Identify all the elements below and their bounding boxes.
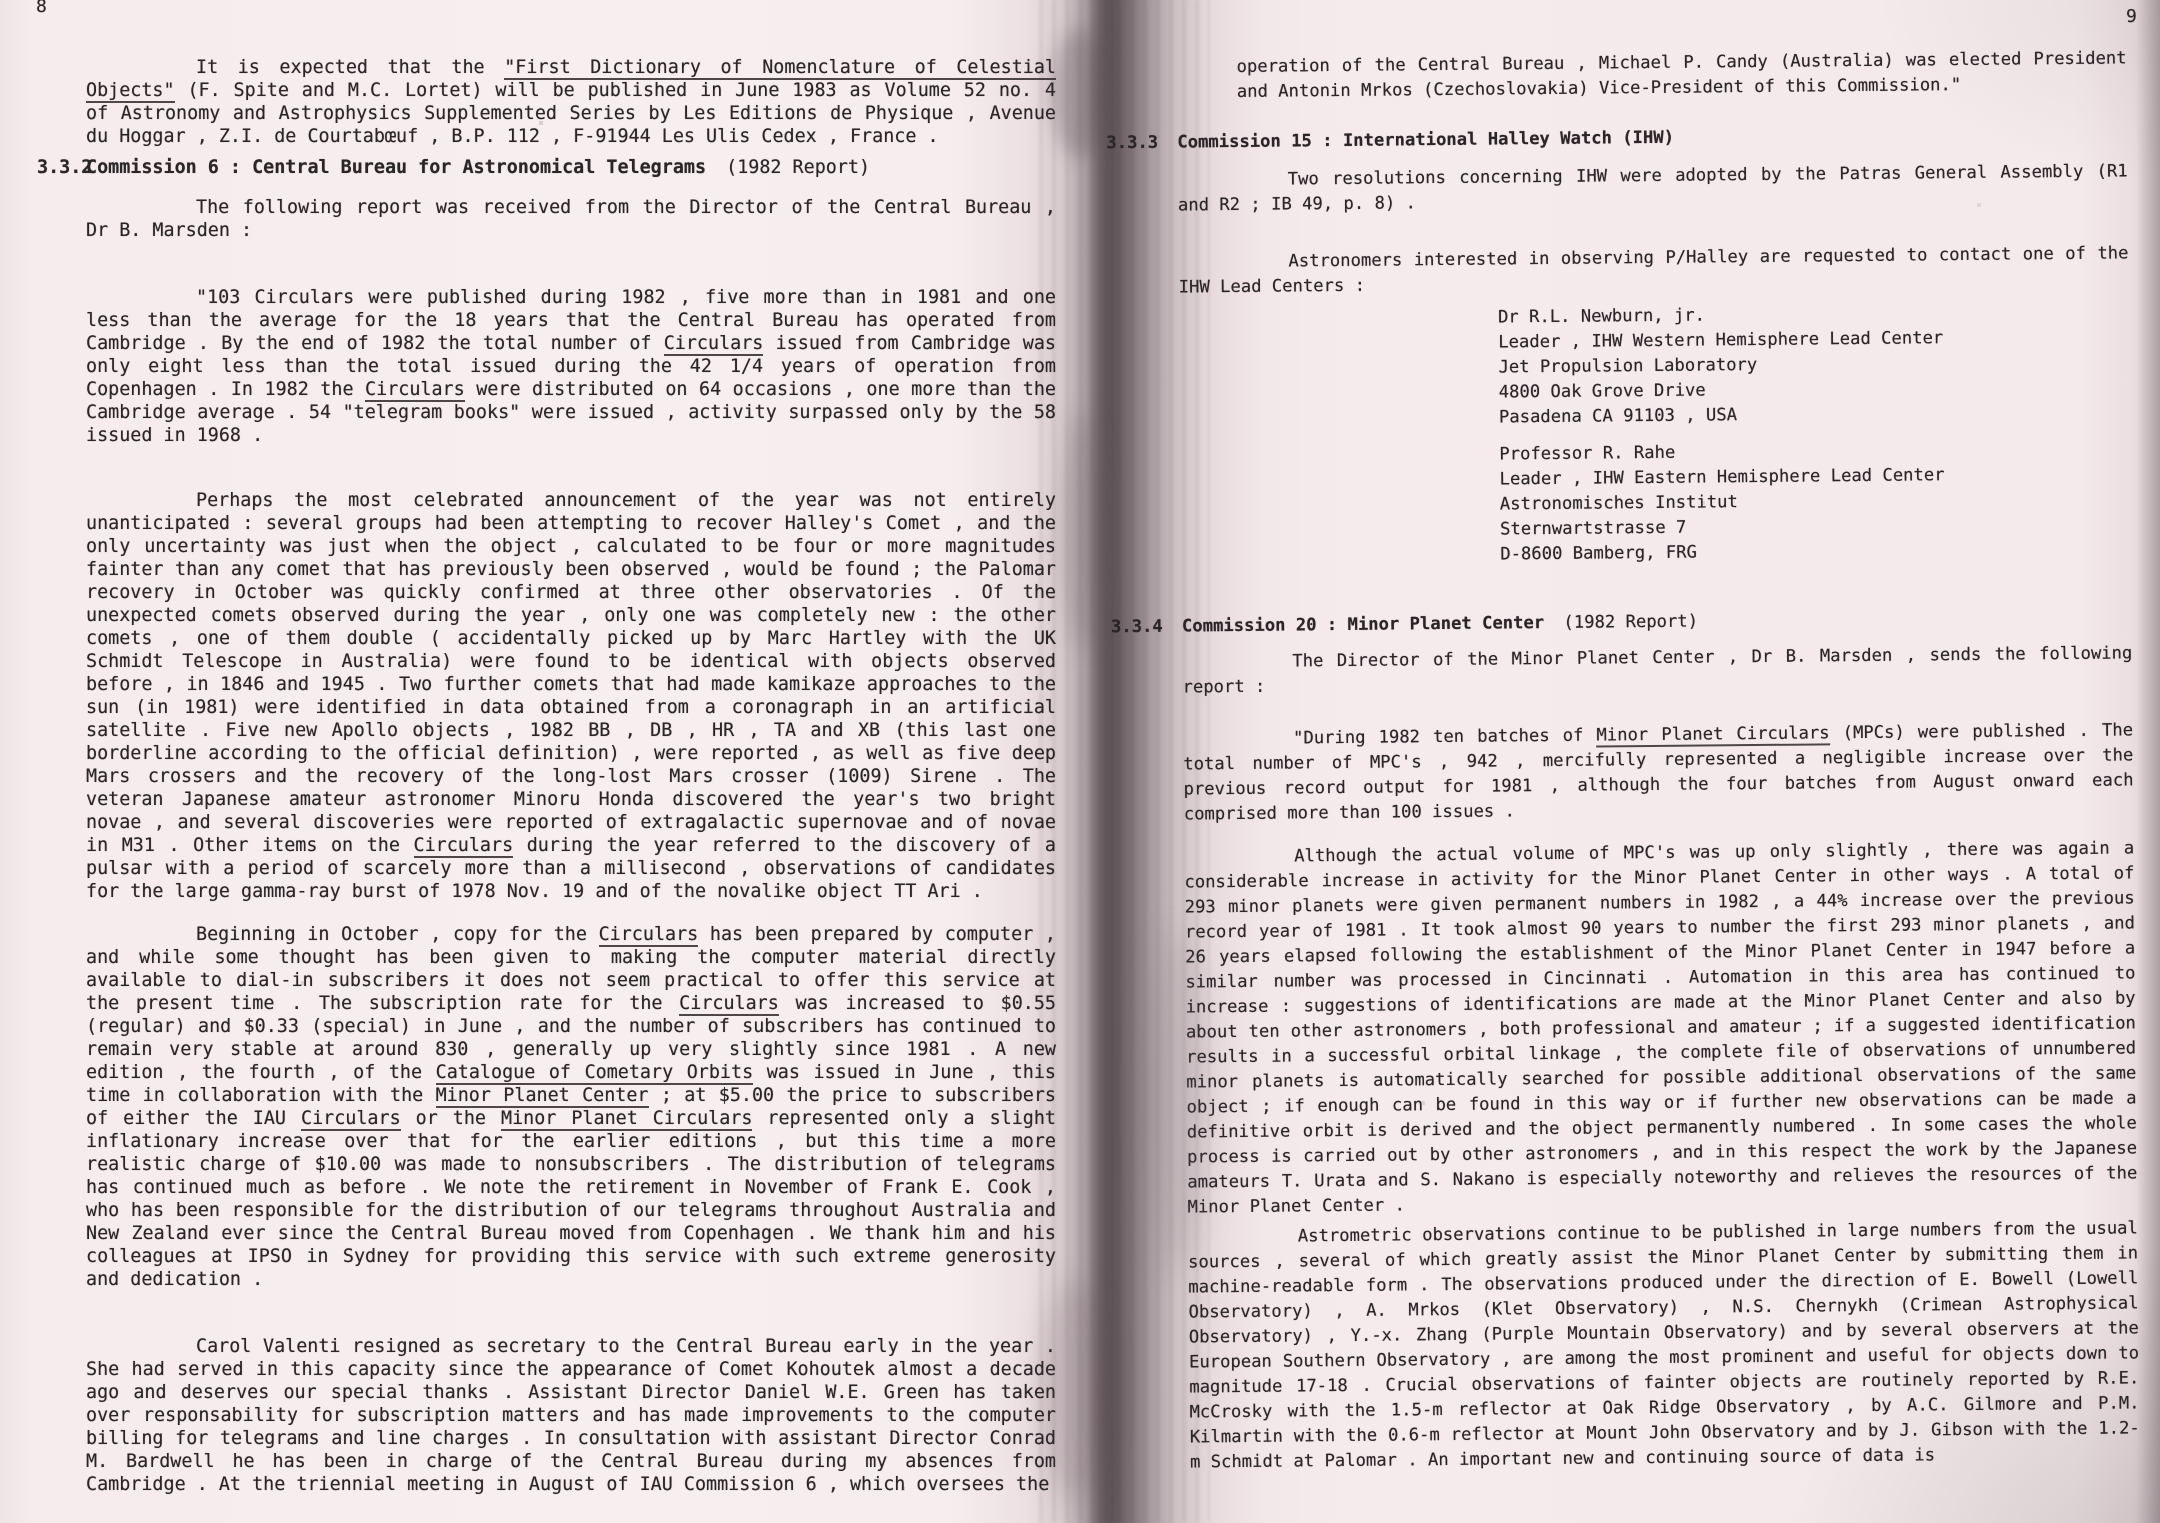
report-received-paragraph: The following report was received from t… [86, 196, 1056, 242]
section-15-title: Commission 15 : International Halley Wat… [1177, 128, 1674, 153]
page-number-left: 8 [36, 0, 47, 17]
during-1982-paragraph: "During 1982 ten batches of Minor Planet… [1183, 718, 2134, 827]
page-number-right: 9 [2126, 6, 2137, 27]
section-15-heading: 3.3.3 Commission 15 : International Hall… [1177, 121, 2127, 155]
scanned-book-spread: 8 9 It is expected that the "First Dicti… [0, 0, 2160, 1523]
page-right: operation of the Central Bureau , Michae… [1176, 0, 2140, 1475]
although-paragraph: Although the actual volume of MPC's was … [1184, 836, 2138, 1220]
lead-center-east-block: Professor R. Rahe Leader , IHW Eastern H… [1499, 436, 2131, 567]
section-20-subtitle: (1982 Report) [1563, 612, 1698, 633]
resolutions-paragraph: Two resolutions concerning IHW were adop… [1178, 159, 2128, 218]
page-left: It is expected that the "First Dictionar… [86, 0, 1056, 1496]
astrometric-paragraph: Astrometric observations continue to be … [1188, 1216, 2140, 1475]
perhaps-paragraph: Perhaps the most celebrated announcement… [86, 489, 1056, 903]
address-line: D-8600 Bamberg, FRG [1500, 536, 2131, 567]
section-6-heading: 3.3.2 Commission 6 : Central Bureau for … [86, 156, 1056, 179]
gutter-smudge [1052, 28, 1108, 158]
section-20-title: Commission 20 : Minor Planet Center [1182, 613, 1544, 636]
section-15-number: 3.3.3 [1106, 131, 1158, 156]
carol-valenti-paragraph: Carol Valenti resigned as secretary to t… [86, 1335, 1056, 1496]
section-6-title: Commission 6 : Central Bureau for Astron… [86, 157, 706, 178]
section-20-number: 3.3.4 [1111, 615, 1163, 640]
beginning-paragraph: Beginning in October , copy for the Circ… [86, 923, 1056, 1291]
continuation-paragraph: operation of the Central Bureau , Michae… [1237, 46, 2127, 105]
gutter-smudge [1062, 410, 1102, 650]
astronomers-paragraph: Astronomers interested in observing P/Ha… [1178, 241, 2128, 300]
intro-paragraph: It is expected that the "First Dictionar… [86, 56, 1056, 148]
section-6-subtitle: (1982 Report) [726, 157, 870, 178]
address-line: Pasadena CA 91103 , USA [1499, 399, 2130, 430]
circulars-paragraph: "103 Circulars were published during 198… [86, 286, 1056, 447]
director-paragraph: The Director of the Minor Planet Center … [1182, 641, 2132, 700]
lead-center-west-block: Dr R.L. Newburn, jr. Leader , IHW Wester… [1498, 299, 2130, 430]
section-20-heading: 3.3.4 Commission 20 : Minor Planet Cente… [1182, 605, 2132, 639]
section-6-number: 3.3.2 [37, 156, 92, 179]
dust-specks [0, 0, 2, 2]
